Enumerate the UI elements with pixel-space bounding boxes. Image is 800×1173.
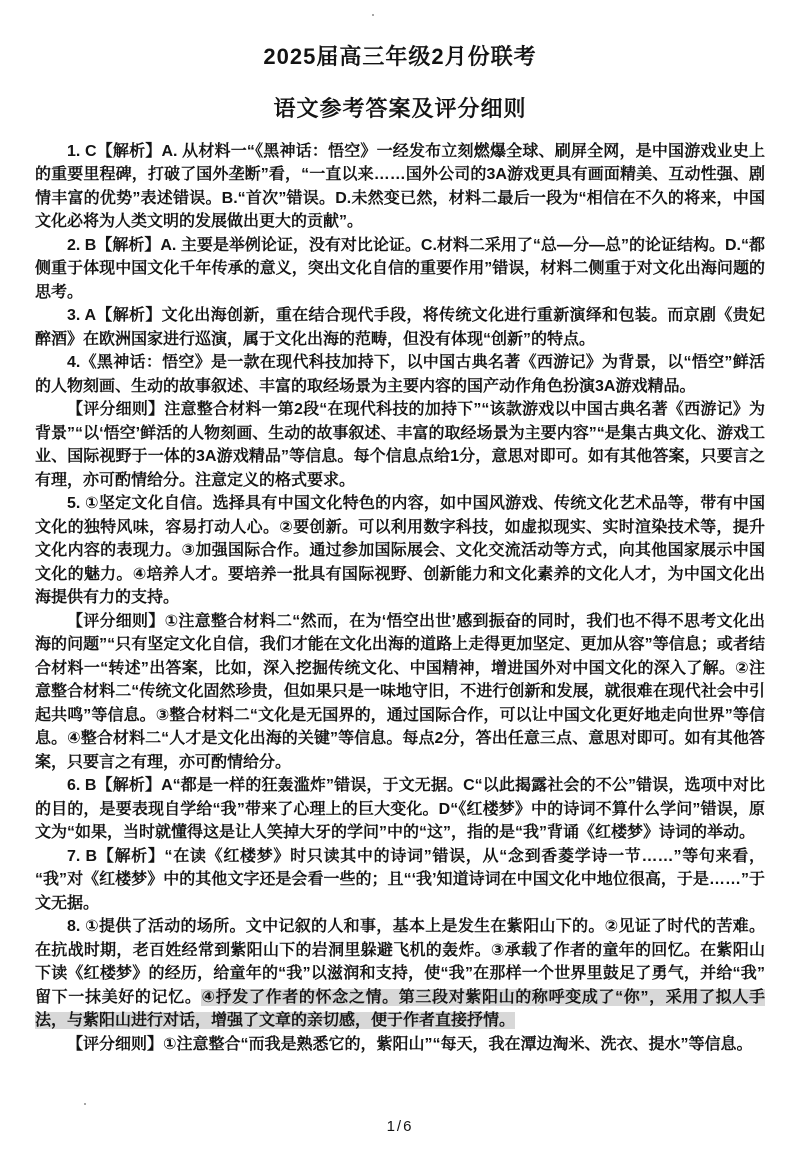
scan-artifact-dot-bottom <box>84 1103 86 1105</box>
answer-paragraph-3: 3. A【解析】文化出海创新，重在结合现代手段，将传统文化进行重新演绎和包装。而… <box>35 304 765 351</box>
answer-paragraph-7: 7. B【解析】“在读《红楼梦》时只读其中的诗词”错误，从“念到香菱学诗一节……… <box>35 845 765 916</box>
answer-body: 1. C【解析】A. 从材料一“《黑神话：悟空》一经发布立刻燃爆全球、刷屏全网，… <box>35 140 765 1057</box>
answer-paragraph-8-scoring: 【评分细则】①注意整合“而我是熟悉它的，紫阳山”“每天，我在潭边淘米、洗衣、提水… <box>35 1033 765 1057</box>
answer-paragraph-4-scoring: 【评分细则】注意整合材料一第2段“在现代科技的加持下”“该款游戏以中国古典名著《… <box>35 398 765 492</box>
answer-paragraph-5-scoring: 【评分细则】①注意整合材料二“然而，在为‘悟空出世’感到振奋的同时，我们也不得不… <box>35 610 765 775</box>
page-number: 1/6 <box>0 1118 800 1135</box>
page-title: 2025届高三年级2月份联考 <box>0 44 800 70</box>
answer-paragraph-4: 4.《黑神话：悟空》是一款在现代科技加持下，以中国古典名著《西游记》为背景，以“… <box>35 351 765 398</box>
scan-artifact-dot-top <box>372 14 374 16</box>
page-subtitle: 语文参考答案及评分细则 <box>0 96 800 122</box>
document-page: 2025届高三年级2月份联考 语文参考答案及评分细则 1. C【解析】A. 从材… <box>0 0 800 1173</box>
answer-paragraph-2: 2. B【解析】A. 主要是举例论证，没有对比论证。C.材料二采用了“总—分—总… <box>35 234 765 305</box>
answer-paragraph-6: 6. B【解析】A“都是一样的狂轰滥炸”错误，于文无据。C“以此揭露社会的不公”… <box>35 774 765 845</box>
answer-paragraph-8: 8. ①提供了活动的场所。文中记叙的人和事，基本上是发生在紫阳山下的。②见证了时… <box>35 915 765 1033</box>
answer-paragraph-5: 5. ①坚定文化自信。选择具有中国文化特色的内容，如中国风游戏、传统文化艺术品等… <box>35 492 765 610</box>
answer-paragraph-1: 1. C【解析】A. 从材料一“《黑神话：悟空》一经发布立刻燃爆全球、刷屏全网，… <box>35 140 765 234</box>
